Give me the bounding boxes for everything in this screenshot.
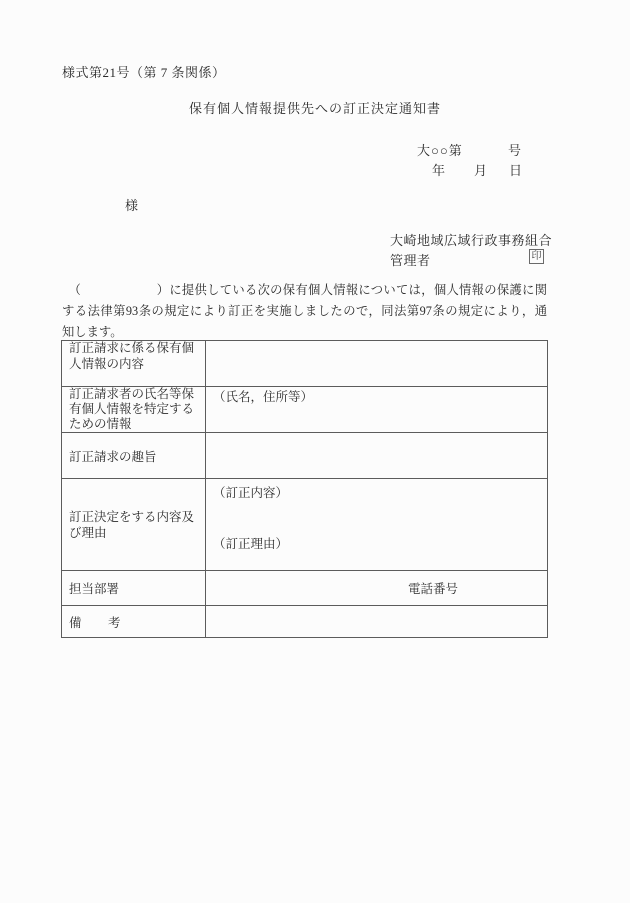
addressee-honorific: 様 — [125, 195, 138, 214]
row-value-requester-info: （氏名，住所等） — [213, 386, 313, 404]
table-row-remarks: 備 考 — [62, 606, 548, 638]
row-label-request-purport: 訂正請求の趣旨 — [69, 450, 157, 464]
sender-title: 管理者 — [390, 250, 431, 269]
row-label-remarks: 備 考 — [69, 616, 121, 630]
table-row-retained-info: 訂正請求に係る保有個 人情報の内容 — [62, 341, 548, 387]
row-label-retained-info: 訂正請求に係る保有個 人情報の内容 — [69, 335, 194, 371]
table-row-requester-info: 訂正請求者の氏名等保 有個人情報を特定する ための情報 （氏名，住所等） — [62, 387, 548, 433]
table-row-request-purport: 訂正請求の趣旨 — [62, 433, 548, 479]
table-row-department: 担当部署 電話番号 — [62, 571, 548, 606]
correction-reason-placeholder: （訂正理由） — [213, 534, 540, 552]
notice-detail-table: 訂正請求に係る保有個 人情報の内容 訂正請求者の氏名等保 有個人情報を特定する … — [61, 340, 548, 638]
document-number-suffix: 号 — [508, 140, 521, 159]
body-text-line-2: する法律第93条の規定により訂正を実施しましたので，同法第97条の規定により，通 — [62, 301, 547, 322]
seal-mark: 印 — [529, 249, 544, 264]
sender-organization: 大崎地域広域行政事務組合 — [390, 230, 552, 249]
document-number-prefix: 大○○第 — [417, 140, 463, 159]
date-month-label: 月 — [474, 160, 487, 179]
body-text-line-1: （ ）に提供している次の保有個人情報については，個人情報の保護に関 — [62, 280, 547, 301]
document-title: 保有個人情報提供先への訂正決定通知書 — [0, 98, 630, 117]
document-page: 様式第21号（第 7 条関係） 保有個人情報提供先への訂正決定通知書 大○○第 … — [0, 0, 630, 903]
date-day-label: 日 — [509, 160, 522, 179]
correction-content-placeholder: （訂正内容） — [213, 483, 540, 501]
form-number: 様式第21号（第 7 条関係） — [62, 62, 226, 81]
row-label-department: 担当部署 — [69, 582, 119, 596]
phone-number-label: 電話番号 — [408, 582, 458, 596]
date-year-label: 年 — [432, 160, 445, 179]
row-label-decision-content: 訂正決定をする内容及 び理由 — [69, 510, 194, 540]
row-label-requester-info: 訂正請求者の氏名等保 有個人情報を特定する ための情報 — [69, 384, 194, 431]
table-row-decision-content: 訂正決定をする内容及 び理由 （訂正内容） （訂正理由） — [62, 479, 548, 571]
